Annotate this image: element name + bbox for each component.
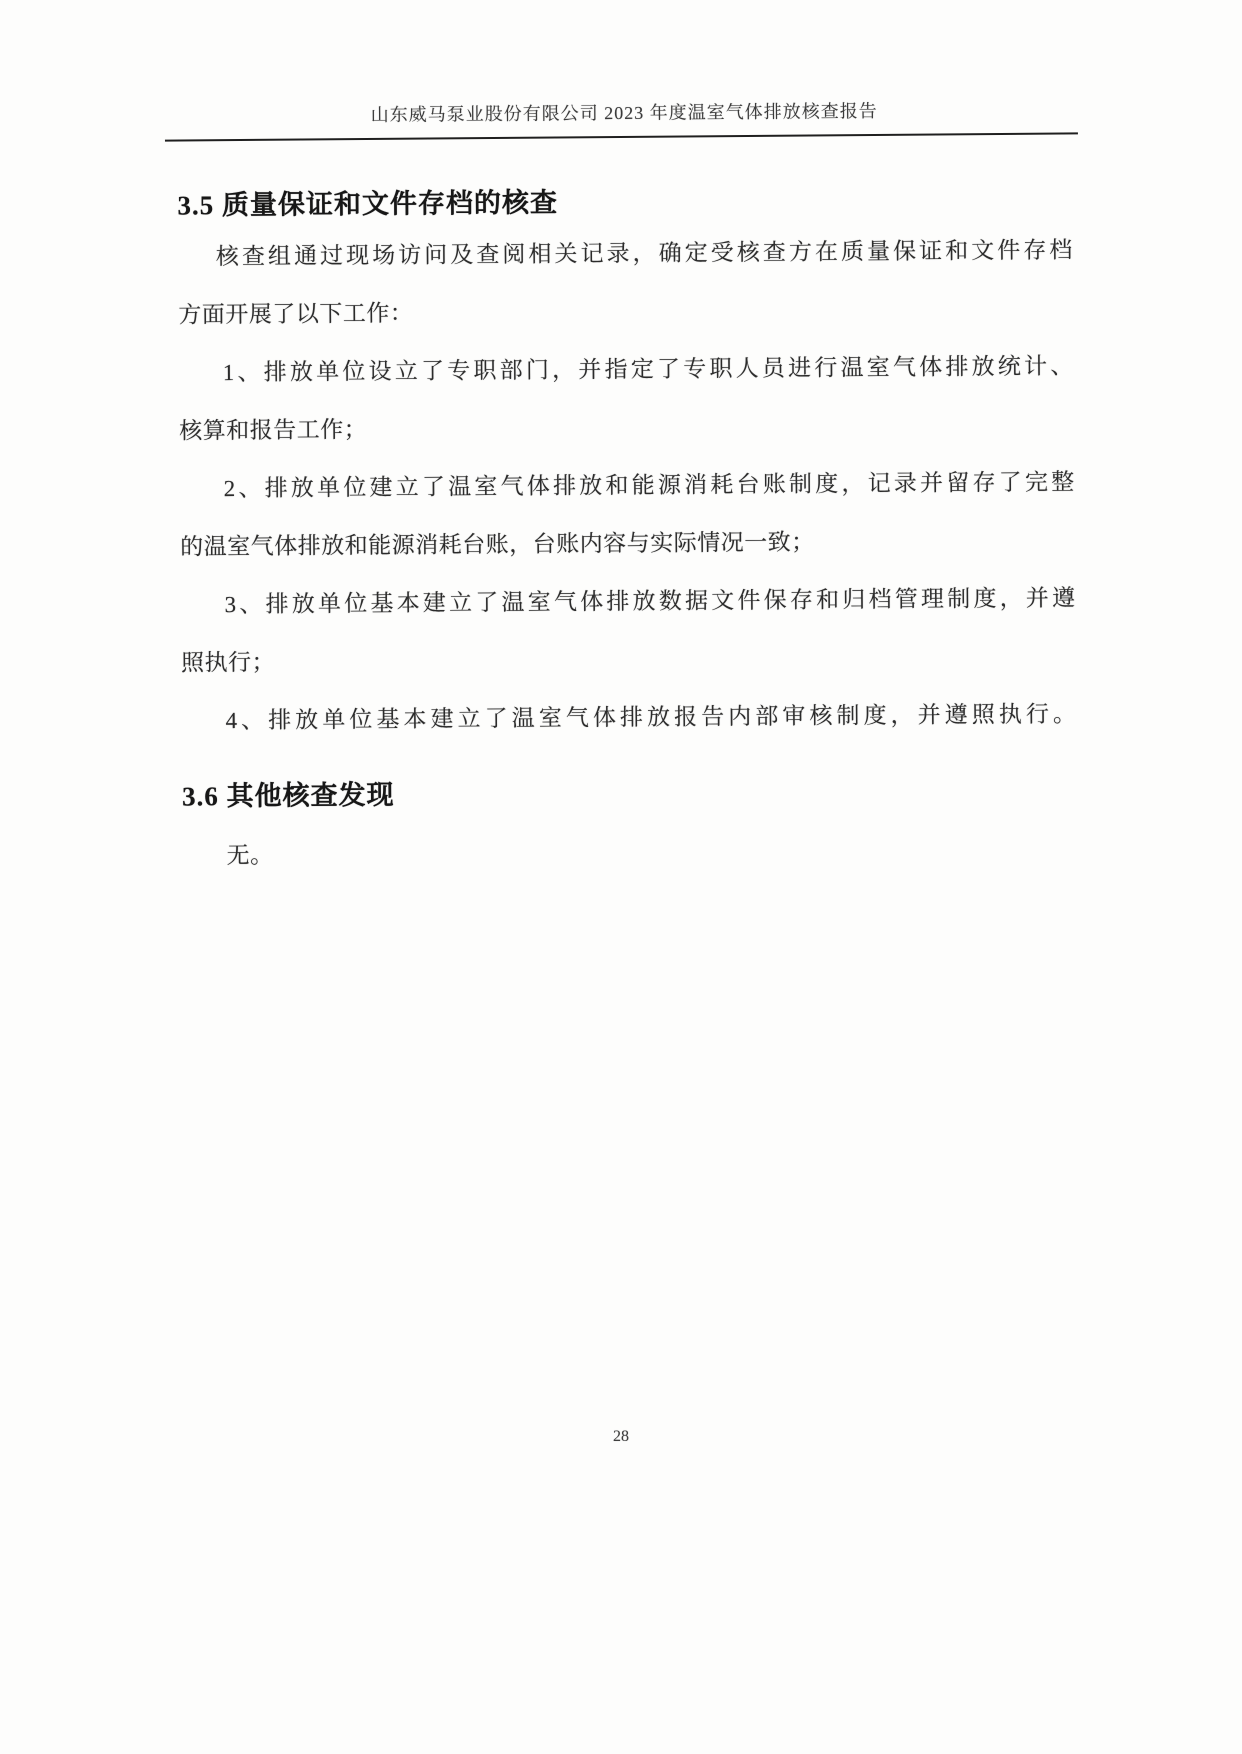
list-item-2-line-1: 2、排放单位建立了温室气体排放和能源消耗台账制度，记录并留存了完整 — [179, 453, 1074, 518]
list-item-4-line-1: 4、排放单位基本建立了温室气体排放报告内部审核制度，并遵照执行。 — [181, 685, 1076, 750]
section-3-5-body: 核查组通过现场访问及查阅相关记录，确定受核查方在质量保证和文件存档 方面开展了以… — [178, 221, 1077, 750]
page-content: 山东威马泵业股份有限公司 2023 年度温室气体排放核查报告 3.5 质量保证和… — [0, 0, 1242, 1754]
list-item-1-line-2: 核算和报告工作； — [179, 395, 1074, 460]
page-header-title: 山东威马泵业股份有限公司 2023 年度温室气体排放核查报告 — [176, 0, 1072, 127]
intro-paragraph-line-1: 核查组通过现场访问及查阅相关记录，确定受核查方在质量保证和文件存档 — [178, 221, 1073, 286]
list-item-3-line-1: 3、排放单位基本建立了温室气体排放数据文件保存和归档管理制度，并遵 — [180, 569, 1075, 634]
intro-paragraph-line-2: 方面开展了以下工作： — [178, 279, 1073, 344]
section-3-6-heading: 3.6 其他核查发现 — [182, 767, 1077, 813]
header-divider-rule — [165, 132, 1078, 141]
document-page: 山东威马泵业股份有限公司 2023 年度温室气体排放核查报告 3.5 质量保证和… — [0, 0, 1242, 1754]
section-3-6-content: 无。 — [182, 820, 1077, 885]
list-item-3-line-2: 照执行； — [181, 627, 1076, 692]
list-item-1-line-1: 1、排放单位设立了专职部门，并指定了专职人员进行温室气体排放统计、 — [179, 337, 1074, 402]
list-item-2-line-2: 的温室气体排放和能源消耗台账，台账内容与实际情况一致； — [180, 511, 1075, 576]
section-3-5-heading: 3.5 质量保证和文件存档的核查 — [177, 176, 1072, 222]
page-number: 28 — [0, 1426, 1242, 1448]
